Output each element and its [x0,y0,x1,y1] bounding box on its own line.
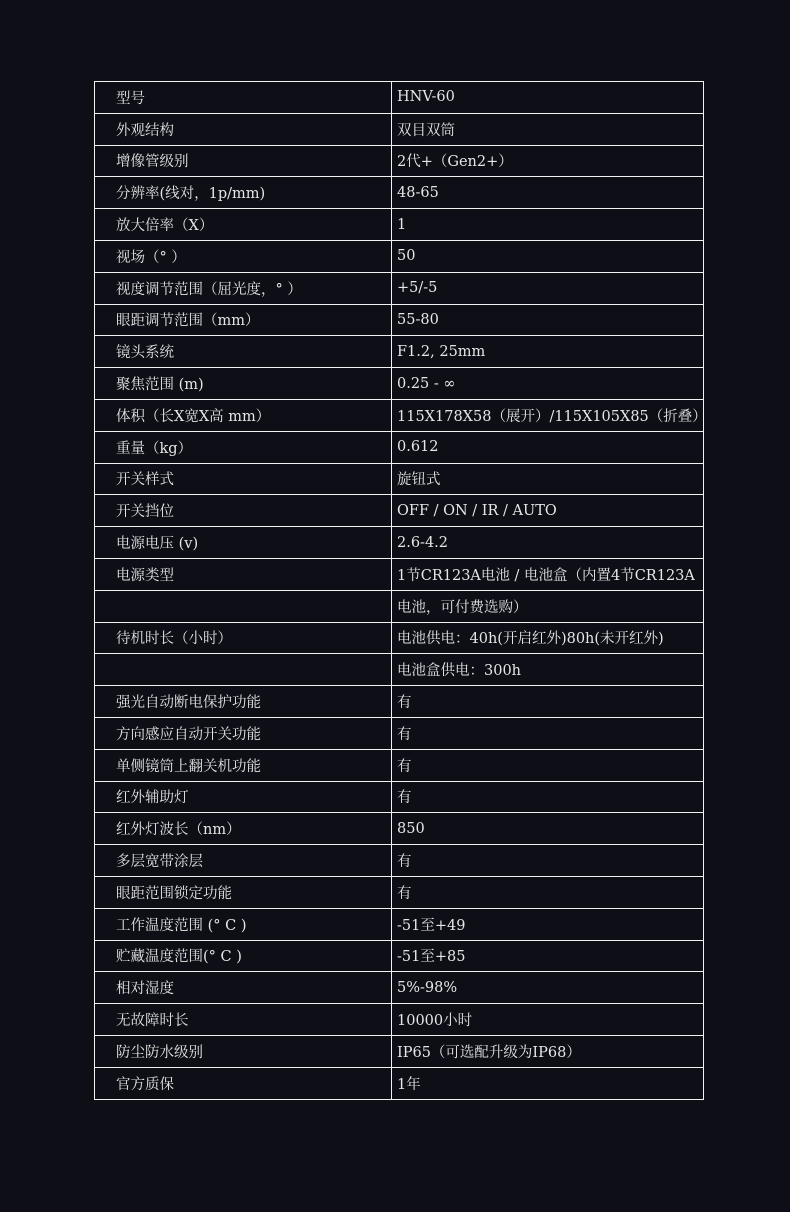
table-row: 电池盒供电：300h [95,654,704,686]
spec-value: OFF / ON / IR / AUTO [392,495,704,527]
table-row: 电池，可付费选购） [95,590,704,622]
table-row: 放大倍率（X） 1 [95,209,704,241]
spec-label: 增像管级别 [95,145,392,177]
spec-value: 0.25 - ∞ [392,368,704,400]
spec-value: 0.612 [392,431,704,463]
spec-label: 型号 [95,82,392,114]
table-row: 眼距调节范围（mm） 55-80 [95,304,704,336]
spec-value: 2.6-4.2 [392,527,704,559]
spec-value: 10000小时 [392,1004,704,1036]
spec-value: 48-65 [392,177,704,209]
table-row: 电源电压 (v) 2.6-4.2 [95,527,704,559]
spec-label: 视场（° ） [95,240,392,272]
table-row: 镜头系统 F1.2, 25mm [95,336,704,368]
table-row: 工作温度范围 (° C ) -51至+49 [95,908,704,940]
spec-label: 多层宽带涂层 [95,845,392,877]
spec-value: -51至+49 [392,908,704,940]
spec-label: 外观结构 [95,113,392,145]
table-row: 视度调节范围（屈光度，° ） +5/-5 [95,272,704,304]
spec-label: 强光自动断电保护功能 [95,686,392,718]
spec-value: +5/-5 [392,272,704,304]
spec-value: 2代+（Gen2+） [392,145,704,177]
spec-label: 体积（长X宽X高 mm） [95,399,392,431]
spec-label: 放大倍率（X） [95,209,392,241]
table-row: 电源类型 1节CR123A电池 / 电池盒（内置4节CR123A [95,558,704,590]
table-row: 开关挡位 OFF / ON / IR / AUTO [95,495,704,527]
table-row: 红外辅助灯 有 [95,781,704,813]
spec-value: 1年 [392,1067,704,1099]
table-row: 强光自动断电保护功能 有 [95,686,704,718]
table-row: 单侧镜筒上翻关机功能 有 [95,749,704,781]
spec-label: 单侧镜筒上翻关机功能 [95,749,392,781]
table-row: 防尘防水级别 IP65（可选配升级为IP68） [95,1035,704,1067]
table-row: 外观结构 双目双筒 [95,113,704,145]
table-row: 增像管级别 2代+（Gen2+） [95,145,704,177]
spec-value: 旋钮式 [392,463,704,495]
spec-value: 双目双筒 [392,113,704,145]
spec-label: 电源电压 (v) [95,527,392,559]
spec-value: 有 [392,686,704,718]
table-row: 相对湿度 5%-98% [95,972,704,1004]
spec-label: 眼距范围锁定功能 [95,876,392,908]
spec-value: 有 [392,717,704,749]
spec-label: 红外灯波长（nm） [95,813,392,845]
spec-label: 工作温度范围 (° C ) [95,908,392,940]
spec-label: 贮藏温度范围(° C ) [95,940,392,972]
table-row: 重量（kg） 0.612 [95,431,704,463]
table-row: 聚焦范围 (m) 0.25 - ∞ [95,368,704,400]
spec-label: 待机时长（小时） [95,622,392,654]
spec-value: IP65（可选配升级为IP68） [392,1035,704,1067]
spec-value: 850 [392,813,704,845]
spec-label: 防尘防水级别 [95,1035,392,1067]
spec-label: 官方质保 [95,1067,392,1099]
table-row: 待机时长（小时） 电池供电：40h(开启红外)80h(未开红外) [95,622,704,654]
spec-value: 有 [392,749,704,781]
table-row: 开关样式 旋钮式 [95,463,704,495]
spec-value: 1节CR123A电池 / 电池盒（内置4节CR123A [392,558,704,590]
spec-value: 电池，可付费选购） [392,590,704,622]
spec-label: 聚焦范围 (m) [95,368,392,400]
spec-value: 电池供电：40h(开启红外)80h(未开红外) [392,622,704,654]
spec-value: 有 [392,781,704,813]
spec-value: 1 [392,209,704,241]
spec-value: 5%-98% [392,972,704,1004]
spec-label: 红外辅助灯 [95,781,392,813]
spec-label: 电源类型 [95,558,392,590]
table-row: 官方质保 1年 [95,1067,704,1099]
spec-value: -51至+85 [392,940,704,972]
table-row: 型号 HNV-60 [95,82,704,114]
spec-label: 重量（kg） [95,431,392,463]
table-row: 贮藏温度范围(° C ) -51至+85 [95,940,704,972]
spec-label: 相对湿度 [95,972,392,1004]
spec-value: 有 [392,876,704,908]
spec-label: 分辨率(线对，1p/mm) [95,177,392,209]
table-row: 红外灯波长（nm） 850 [95,813,704,845]
table-row: 体积（长X宽X高 mm） 115X178X58（展开）/115X105X85（折… [95,399,704,431]
table-row: 视场（° ） 50 [95,240,704,272]
spec-label: 眼距调节范围（mm） [95,304,392,336]
table-row: 无故障时长 10000小时 [95,1004,704,1036]
spec-label: 视度调节范围（屈光度，° ） [95,272,392,304]
spec-label: 方向感应自动开关功能 [95,717,392,749]
spec-value: 55-80 [392,304,704,336]
spec-label [95,590,392,622]
spec-value: 电池盒供电：300h [392,654,704,686]
table-row: 分辨率(线对，1p/mm) 48-65 [95,177,704,209]
table-row: 方向感应自动开关功能 有 [95,717,704,749]
spec-label: 无故障时长 [95,1004,392,1036]
table-row: 多层宽带涂层 有 [95,845,704,877]
spec-value: 50 [392,240,704,272]
spec-label: 开关挡位 [95,495,392,527]
table-row: 眼距范围锁定功能 有 [95,876,704,908]
spec-label: 开关样式 [95,463,392,495]
spec-table-body: 型号 HNV-60 外观结构 双目双筒 增像管级别 2代+（Gen2+） 分辨率… [95,82,704,1100]
spec-label [95,654,392,686]
spec-value: 有 [392,845,704,877]
spec-value: 115X178X58（展开）/115X105X85（折叠） [392,399,704,431]
spec-table: 型号 HNV-60 外观结构 双目双筒 增像管级别 2代+（Gen2+） 分辨率… [94,81,704,1100]
spec-label: 镜头系统 [95,336,392,368]
spec-value: F1.2, 25mm [392,336,704,368]
spec-value: HNV-60 [392,82,704,114]
